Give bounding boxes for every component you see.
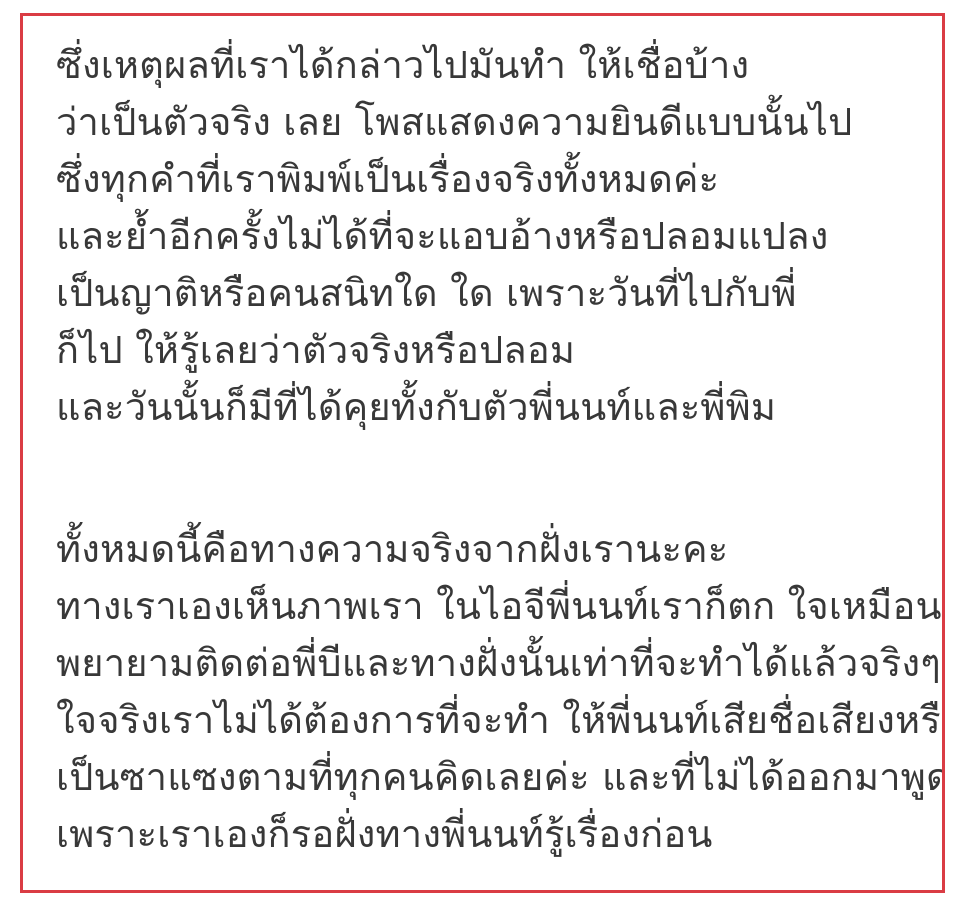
statement-image: ซึ่งเหตุผลที่เราได้กล่าวไปมันทำ ให้เชื่อ… [0, 0, 963, 907]
text-line: ซึ่งทุกคำที่เราพิมพ์เป็นเรื่องจริงทั้งหม… [56, 151, 918, 208]
statement-paragraph-2: ทั้งหมดนี้คือทางความจริงจากฝั่งเรานะคะทา… [56, 521, 918, 863]
text-line: ทั้งหมดนี้คือทางความจริงจากฝั่งเรานะคะ [56, 521, 918, 578]
text-line: ใจจริงเราไม่ได้ต้องการที่จะทำ ให้พี่นนท์… [56, 692, 918, 749]
text-line: ก็ไป ให้รู้เลยว่าตัวจริงหรือปลอม [56, 322, 918, 379]
text-line: เป็นญาติหรือคนสนิทใด ใด เพราะวันที่ไปกับ… [56, 265, 918, 322]
text-line: ว่าเป็นตัวจริง เลย โพสแสดงความยินดีแบบนั… [56, 94, 918, 151]
text-line: เพราะเราเองก็รอฝั่งทางพี่นนท์รู้เรื่องก่… [56, 806, 918, 863]
statement-frame: ซึ่งเหตุผลที่เราได้กล่าวไปมันทำ ให้เชื่อ… [20, 13, 945, 893]
text-line: ซึ่งเหตุผลที่เราได้กล่าวไปมันทำ ให้เชื่อ… [56, 37, 918, 94]
text-line: และย้ำอีกครั้งไม่ได้ที่จะแอบอ้างหรือปลอม… [56, 208, 918, 265]
text-line: และวันนั้นก็มีที่ได้คุยทั้งกับตัวพี่นนท์… [56, 379, 918, 436]
text-line: พยายามติดต่อพี่บีและทางฝั่งนั้นเท่าที่จะ… [56, 635, 918, 692]
text-line: ทางเราเองเห็นภาพเรา ในไอจีพี่นนท์เราก็ตก… [56, 578, 918, 635]
statement-paragraph-1: ซึ่งเหตุผลที่เราได้กล่าวไปมันทำ ให้เชื่อ… [56, 37, 918, 436]
text-line: เป็นซาแซงตามที่ทุกคนคิดเลยค่ะ และที่ไม่ไ… [56, 749, 918, 806]
